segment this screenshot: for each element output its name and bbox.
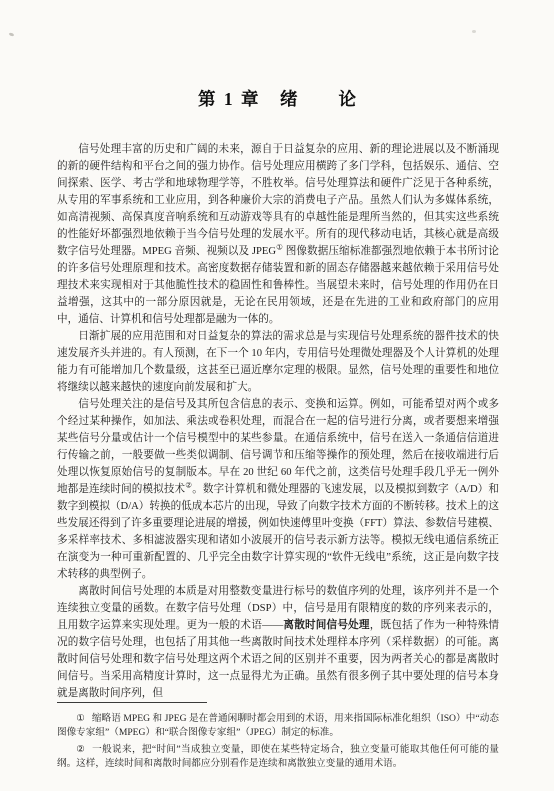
footnote-1-text: 缩略语 MPEG 和 JPEG 是在普通闲聊时都会用到的术语，用来指国际标准化组…	[57, 713, 499, 738]
scan-artifact	[9, 32, 15, 37]
paragraph-expanding-applications: 日渐扩展的应用范围和对日益复杂的算法的需求总是与实现信号处理系统的器件技术的快速…	[57, 328, 499, 396]
footnote-2-marker: ②	[76, 744, 85, 755]
page-content: 第 1 章 绪 论 信号处理丰富的历史和广阔的未来，源自于日益复杂的应用、新的理…	[57, 0, 499, 702]
paragraph-discrete-time-essence: 离散时间信号处理的本质是对用整数变量进行标号的数值序列的处理，该序列并不是一个连…	[57, 583, 499, 702]
footnote-1-marker: ①	[76, 713, 85, 724]
footnote-2-text: 一般说来，把“时间”当成独立变量，即使在某些特定场合，独立变量可能取其他任何可能…	[57, 744, 499, 769]
footnote-divider	[57, 702, 207, 703]
footnote-2: ②一般说来，把“时间”当成独立变量，即使在某些特定场合，独立变量可能取其他任何可…	[57, 743, 499, 770]
paragraph-signal-processing-history: 信号处理丰富的历史和广阔的未来，源自于日益复杂的应用、新的理论进展以及不断涌现的…	[57, 141, 499, 328]
chapter-title: 第 1 章 绪 论	[57, 86, 499, 111]
footnotes-section: ①缩略语 MPEG 和 JPEG 是在普通闲聊时都会用到的术语，用来指国际标准化…	[57, 702, 499, 770]
scanned-book-page: 第 1 章 绪 论 信号处理丰富的历史和广阔的未来，源自于日益复杂的应用、新的理…	[0, 0, 554, 791]
paragraph-signal-representation: 信号处理关注的是信号及其所包含信息的表示、变换和运算。例如，可能希望对两个或多个…	[57, 396, 499, 583]
footnote-1: ①缩略语 MPEG 和 JPEG 是在普通闲聊时都会用到的术语，用来指国际标准化…	[57, 712, 499, 739]
